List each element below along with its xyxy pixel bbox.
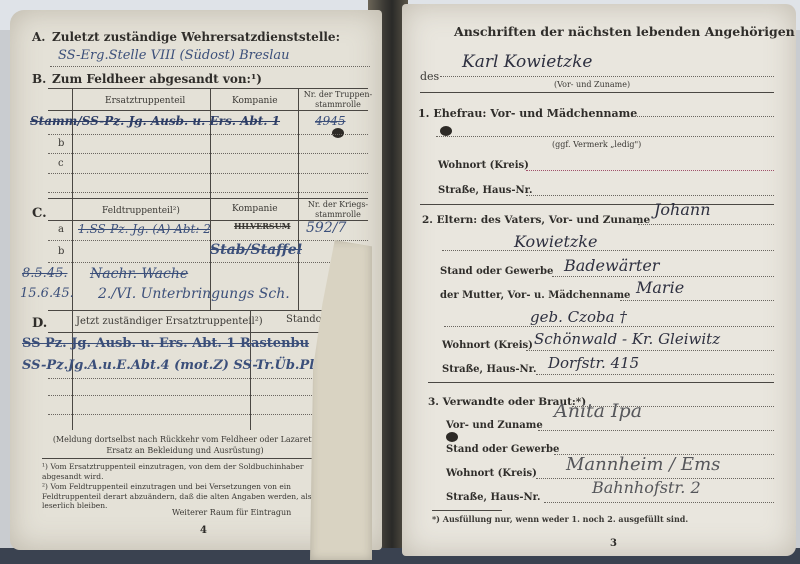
section-a-label: Zuletzt zuständige Wehrersatzdienststell…: [52, 30, 340, 44]
rule: [428, 382, 774, 383]
parents-residence-value: Schönwald - Kr. Gleiwitz: [534, 330, 720, 348]
dotted-line: [48, 240, 368, 241]
dotted-line: [440, 76, 774, 77]
relative-name-label: Vor- und Zuname: [446, 420, 543, 431]
punch-hole: [440, 126, 452, 136]
section-b-row-a-unit: Stamm/SS-Pz. Jg. Ausb. u. Ers. Abt. 1: [30, 114, 280, 128]
des-caption: (Vor- und Zuname): [554, 80, 630, 89]
occupation-label: Stand oder Gewerbe: [440, 266, 553, 277]
section-b-row-b-label: b: [58, 138, 64, 149]
rule: [420, 92, 774, 93]
rule: [48, 332, 348, 333]
relative-street-value: Bahnhofstr. 2: [592, 478, 701, 497]
rule: [48, 310, 348, 311]
column-divider: [210, 88, 211, 198]
punch-hole: [446, 432, 458, 442]
rule: [420, 204, 774, 205]
footnote-2: ²) Vom Feldtruppenteil einzutragen und b…: [42, 482, 322, 511]
section1-street-label: Straße, Haus-Nr.: [438, 185, 532, 196]
section-c-extra-1-date: 8.5.45.: [22, 266, 67, 281]
dotted-line: [638, 224, 774, 225]
rule: [432, 510, 502, 511]
dotted-line: [50, 66, 370, 67]
section-c-extra-2-text: 2./VI. Unterbringungs Sch.: [98, 286, 290, 302]
right-page: Anschriften der nächsten lebenden Angehö…: [402, 4, 796, 556]
rule: [48, 110, 368, 111]
mother-maiden-name: geb. Czoba †: [530, 308, 627, 326]
page-number-left: 4: [200, 525, 207, 536]
parents-street-value: Dorfstr. 415: [548, 354, 639, 372]
dotted-line: [526, 350, 774, 351]
section-b-letter: B.: [32, 72, 46, 86]
relative-name-value: Anita Ipa: [554, 400, 642, 422]
dotted-line: [48, 262, 368, 263]
dotted-line: [538, 430, 774, 431]
dotted-line: [48, 414, 328, 415]
dotted-line: [536, 374, 774, 375]
section-c-row-a-number: 592/7: [306, 220, 346, 236]
section1-label: 1. Ehefrau: Vor- und Mädchenname: [418, 107, 637, 120]
page-number-right: 3: [610, 538, 617, 549]
rule: [48, 88, 368, 89]
dotted-line: [48, 173, 368, 174]
rule: [48, 198, 368, 199]
parents-street-label: Straße, Haus-Nr.: [442, 364, 536, 375]
dotted-line: [544, 502, 774, 503]
dotted-line: [48, 378, 328, 379]
dotted-line: [620, 300, 774, 301]
section-a-letter: A.: [32, 30, 46, 44]
section-b-row-c-label: c: [58, 158, 64, 169]
mother-first-name: Marie: [636, 278, 684, 297]
dotted-line: [48, 153, 368, 154]
section-c-extra-2-date: 15.6.45.: [20, 286, 74, 301]
section-c-row-b-label: b: [58, 246, 64, 257]
column-divider: [72, 88, 73, 198]
footnote-1: ¹) Vom Ersatztruppenteil einzutragen, vo…: [42, 462, 322, 481]
dotted-line: [48, 134, 368, 135]
col-header-feldtruppenteil: Feldtruppenteil²): [102, 206, 180, 216]
soldier-name: Karl Kowietzke: [462, 52, 592, 72]
col-header-kompanie: Kompanie: [232, 96, 278, 106]
dotted-line: [526, 195, 774, 196]
page-title: Anschriften der nächsten lebenden Angehö…: [454, 24, 795, 39]
column-divider: [298, 88, 299, 198]
father-first-name: Johann: [654, 200, 711, 219]
dotted-line: [444, 326, 774, 327]
col-header-kompanie-c: Kompanie: [232, 204, 278, 214]
right-footnote: *) Ausfüllung nur, wenn weder 1. noch 2.…: [432, 514, 688, 524]
section2-label: 2. Eltern: des Vaters, Vor- und Zuname: [422, 214, 650, 226]
section-d-label: Jetzt zuständiger Ersatztruppenteil²): [76, 316, 263, 327]
dotted-line: [436, 136, 774, 137]
col-header-kriegsstammrolle: Nr. der Kriegs-stammrolle: [302, 200, 374, 220]
des-label: des: [420, 70, 439, 83]
section-c-letter: C.: [32, 206, 47, 221]
section-d-entry-1: SS Pz. Jg. Ausb. u. Ers. Abt. 1 Rastenbu: [22, 336, 309, 351]
section-d-letter: D.: [32, 316, 47, 331]
section-c-row-a-label: a: [58, 224, 64, 235]
dotted-line: [552, 276, 774, 277]
dotted-line: [526, 170, 774, 171]
dotted-line: [48, 395, 328, 396]
mother-label: der Mutter, Vor- u. Mädchenname: [440, 290, 630, 301]
section-b-row-a-number: 4945: [315, 114, 346, 128]
relative-residence-label: Wohnort (Kreis): [446, 468, 537, 479]
father-last-name: Kowietzke: [514, 232, 597, 251]
relative-occupation-label: Stand oder Gewerbe: [446, 444, 559, 455]
section-d-note: (Meldung dortselbst nach Rückkehr vom Fe…: [50, 434, 320, 456]
section-a-entry: SS-Erg.Stelle VIII (Südost) Breslau: [58, 48, 290, 63]
section1-residence-label: Wohnort (Kreis): [438, 160, 529, 171]
section-c-row-a-unit: 1.SS-Pz. Jg. (A) Abt: 2: [78, 222, 211, 236]
section-c-row-b-company: Stab/Staffel: [210, 242, 302, 258]
col-header-stammrolle: Nr. der Truppen-stammrolle: [302, 90, 374, 110]
section-c-row-a-company: HILVERSUM: [234, 221, 291, 231]
col-header-ersatztruppenteil: Ersatztruppenteil: [105, 96, 185, 106]
parents-residence-label: Wohnort (Kreis): [442, 340, 533, 351]
dotted-line: [48, 192, 368, 193]
section-d-entry-2: SS-Pz.Jg.A.u.E.Abt.4 (mot.Z) SS-Tr.Üb.Pl…: [22, 358, 350, 373]
continuation-text: Weiterer Raum für Eintragun: [172, 508, 291, 517]
section-c-extra-1-text: Nachr. Wache: [90, 266, 188, 282]
dotted-line: [442, 250, 774, 251]
punch-hole: [332, 128, 344, 138]
dotted-line: [616, 116, 774, 117]
rule: [42, 458, 322, 459]
section1-caption: (ggf. Vermerk „ledig"): [552, 140, 641, 149]
relative-residence-value: Mannheim / Ems: [566, 454, 720, 475]
occupation-value: Badewärter: [564, 256, 659, 275]
relative-street-label: Straße, Haus-Nr.: [446, 492, 540, 503]
section-b-label: Zum Feldheer abgesandt von:¹): [52, 72, 262, 86]
